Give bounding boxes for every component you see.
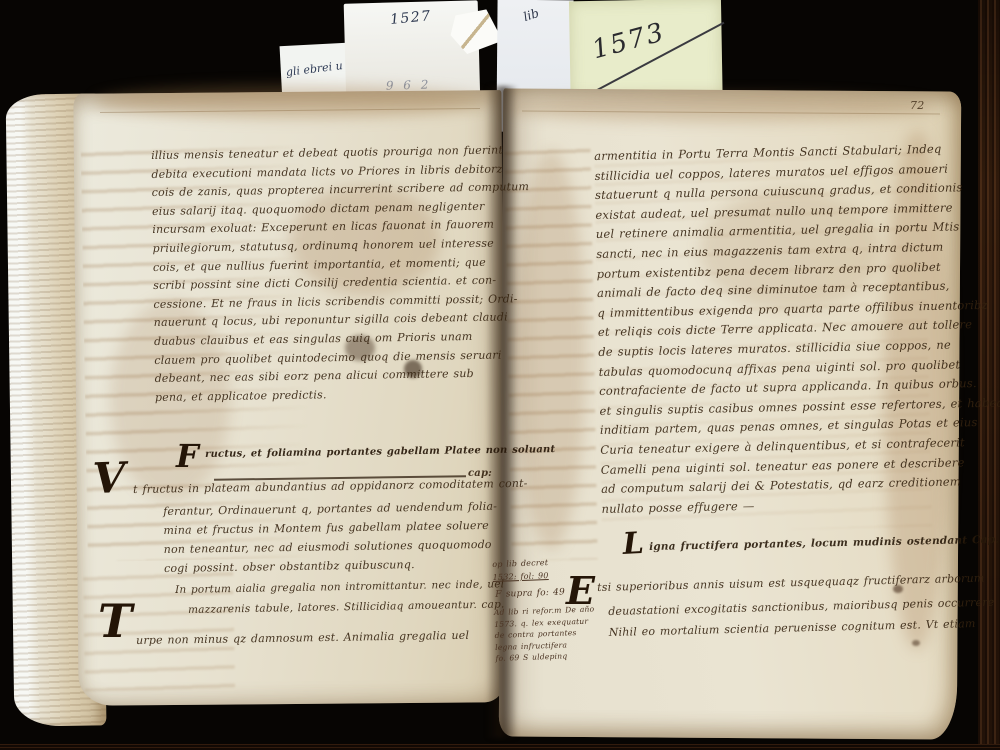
left-page-text-block: illius mensis teneatur et debeat quotis … — [151, 141, 532, 407]
slip-lib-label: lib — [522, 6, 541, 24]
manuscript-photo: gli ebrei u 1527 9 6 2 lib 1573 92 illiu… — [0, 0, 1000, 750]
slip-gli-label: gli ebrei u — [285, 59, 343, 79]
folio-number: 72 — [910, 99, 924, 112]
stain-spot — [912, 640, 920, 646]
drop-cap-T: T — [98, 598, 132, 644]
left-page-paragraph2: ferantur, Ordinauerunt q, portantes ad u… — [163, 497, 498, 578]
drop-cap-V: V — [92, 457, 126, 500]
wood-table-bottom — [0, 744, 1000, 750]
heading-initial-L: L — [622, 529, 645, 560]
margin-note-line: F supra fo: 49 — [495, 585, 594, 601]
margin-note-line: 1532: fol: 90 — [492, 567, 593, 583]
right-page-text-block: armentitia in Portu Terra Montis Sancti … — [594, 138, 1000, 519]
stain — [505, 94, 935, 122]
stain — [95, 86, 485, 118]
heading-initial-F: F — [176, 440, 199, 472]
marginal-annotations: op lib decret1532: fol: 90F supra fo: 49… — [492, 554, 596, 664]
slip-1527-label: 1527 — [389, 8, 432, 28]
